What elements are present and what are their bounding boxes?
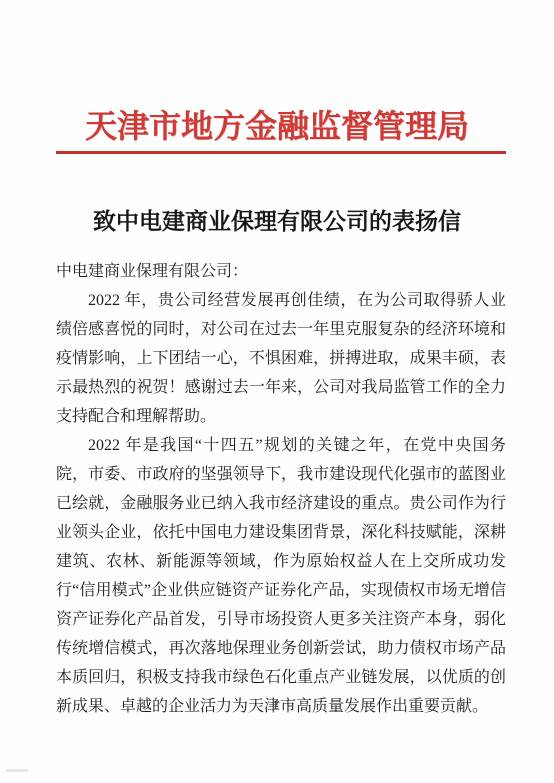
salutation: 中电建商业保理有限公司：	[56, 257, 506, 286]
body-paragraph-2: 2022 年是我国“十四五”规划的关键之年，在党中央国务院，市委、市政府的坚强领…	[56, 431, 506, 721]
scan-artifact	[6, 769, 28, 772]
document-page: 天津市地方金融监督管理局 致中电建商业保理有限公司的表扬信 中电建商业保理有限公…	[0, 0, 554, 783]
letter-body: 中电建商业保理有限公司： 2022 年，贵公司经营发展再创佳绩，在为公司取得骄人…	[56, 257, 506, 721]
page-number: - 1 -	[0, 697, 554, 713]
letter-title: 致中电建商业保理有限公司的表扬信	[0, 203, 554, 236]
body-paragraph-1: 2022 年，贵公司经营发展再创佳绩，在为公司取得骄人业绩倍感喜悦的同时，对公司…	[56, 286, 506, 431]
letterhead-divider	[56, 151, 506, 154]
letterhead-agency-name: 天津市地方金融监督管理局	[0, 101, 554, 147]
